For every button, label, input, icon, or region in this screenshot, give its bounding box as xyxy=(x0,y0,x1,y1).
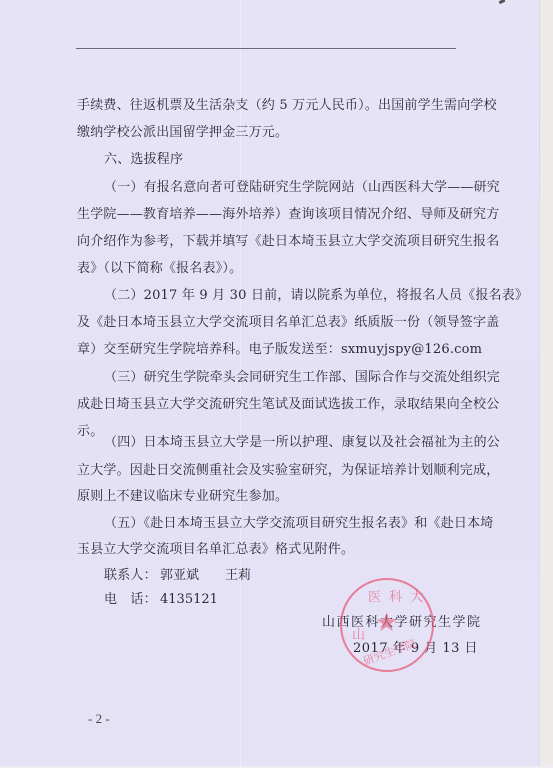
item-2-line-email: 章）交至研究生学院培养科。电子版发送至：sxmuyjspy@126.com xyxy=(77,342,477,358)
item-2-line: 及《赴日本埼玉县立大学交流项目名单汇总表》纸质版一份（领导签字盖 xyxy=(77,315,477,331)
item-1-line: 向介绍作为参考，下载并填写《赴日本埼玉县立大学交流项目研究生报名 xyxy=(77,234,477,250)
contact-name: 郭亚斌 xyxy=(160,568,199,584)
seal-bottom-text: 研究生学院 xyxy=(361,635,418,669)
item-1-line: 生学院——教育培养——海外培养）查询该项目情况介绍、导师及研究方 xyxy=(77,207,477,223)
item-1-line: （一）有报名意向者可登陆研究生学院网站（山西医科大学——研究 xyxy=(104,180,504,196)
contact-label: 联系人： xyxy=(104,568,157,584)
contact-name: 王莉 xyxy=(225,568,251,584)
item-2-line: （二）2017 年 9 月 30 日前，请以院系为单位，将报名人员《报名表》 xyxy=(104,288,504,304)
seal-star-icon: ★ xyxy=(375,610,398,636)
item-5-line: （五）《赴日本埼玉县立大学交流项目研究生报名表》和《赴日本埼 xyxy=(104,516,504,532)
seal-top-text: 医 科 大 xyxy=(368,586,425,605)
seal-left-text: 山 xyxy=(352,624,365,643)
paragraph-line: 缴纳学校公派出国留学押金三万元。 xyxy=(77,125,477,141)
item-3-line: （三）研究生学院牵头会同研究生工作部、国际合作与交流处组织完 xyxy=(104,370,504,386)
document-page: 手续费、往返机票及生活杂支（约 5 万元人民币）。出国前学生需向学校 缴纳学校公… xyxy=(0,0,553,768)
scan-edge xyxy=(539,0,553,768)
item-1-line: 表》（以下简称《报名表》）。 xyxy=(77,261,477,277)
header-rule xyxy=(76,48,456,49)
item-5-line: 玉县立大学交流项目名单汇总表》格式见附件。 xyxy=(77,542,477,558)
phone-label: 电 话： xyxy=(104,592,157,608)
item-4-line: 立大学。因赴日交流侧重社会及实验室研究，为保证培养计划顺利完成， xyxy=(77,463,477,479)
paragraph-line: 手续费、往返机票及生活杂支（约 5 万元人民币）。出国前学生需向学校 xyxy=(77,98,477,114)
official-seal: 医 科 大 山 ★ 研究生学院 xyxy=(340,578,434,672)
scan-mark xyxy=(499,0,506,4)
item-3-line: 成赴日埼玉县立大学交流研究生笔试及面试选拔工作，录取结果向全校公 xyxy=(77,397,477,413)
item-4-line: 原则上不建议临床专业研究生参加。 xyxy=(77,489,477,505)
phone-number: 4135121 xyxy=(160,592,218,608)
page-number: - 2 - xyxy=(88,711,110,727)
item-4-line: （四）日本埼玉县立大学是一所以护理、康复以及社会福祉为主的公 xyxy=(104,435,504,451)
section-heading: 六、选拔程序 xyxy=(104,152,504,168)
